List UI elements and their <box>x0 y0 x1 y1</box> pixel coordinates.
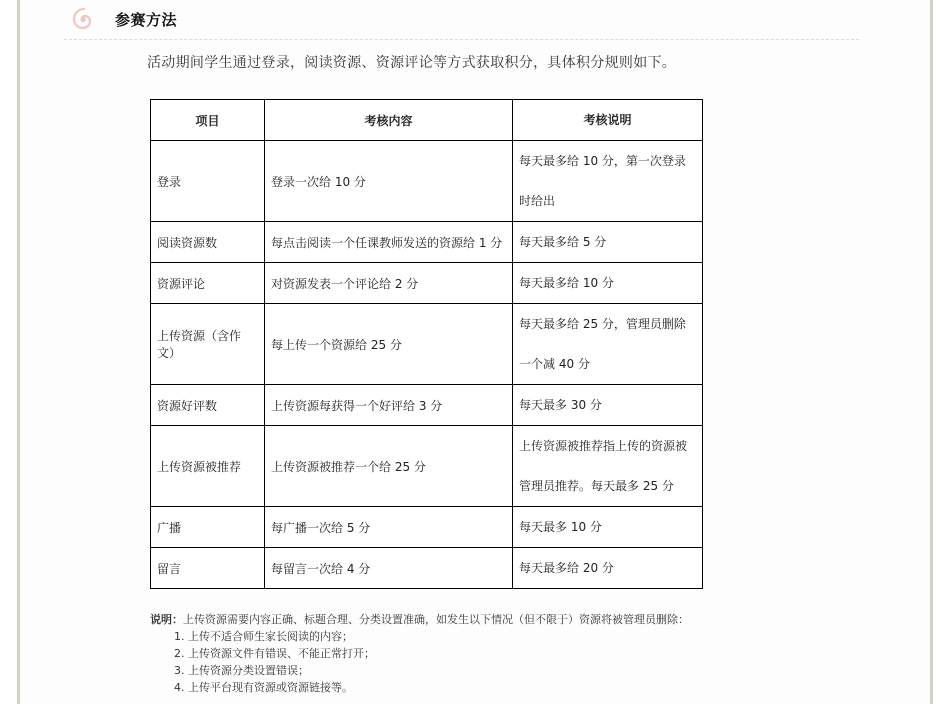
list-item: 上传资源文件有错误、不能正常打开； <box>188 645 689 662</box>
table-header-row: 项目 考核内容 考核说明 <box>151 100 703 141</box>
spiral-icon <box>70 6 96 32</box>
notes-intro: 说明：上传资源需要内容正确、标题合理、分类设置准确，如发生以下情况（但不限于）资… <box>150 611 689 628</box>
table-row: 资源好评数 上传资源每获得一个好评给 3 分 每天最多 30 分 <box>151 385 703 426</box>
item-cell: 上传资源（含作文） <box>151 304 265 385</box>
content-cell: 每点击阅读一个任课教师发送的资源给 1 分 <box>265 222 513 263</box>
table-row: 阅读资源数 每点击阅读一个任课教师发送的资源给 1 分 每天最多给 5 分 <box>151 222 703 263</box>
table-row: 上传资源被推荐 上传资源被推荐一个给 25 分 上传资源被推荐指上传的资源被管理… <box>151 426 703 507</box>
table-row: 广播 每广播一次给 5 分 每天最多 10 分 <box>151 507 703 548</box>
intro-text: 活动期间学生通过登录，阅读资源、资源评论等方式获取积分，具体积分规则如下。 <box>147 52 676 72</box>
list-item: 上传不适合师生家长阅读的内容； <box>188 628 689 645</box>
note-cell: 每天最多 30 分 <box>513 385 703 426</box>
item-cell: 资源评论 <box>151 263 265 304</box>
content-cell: 每广播一次给 5 分 <box>265 507 513 548</box>
column-header: 项目 <box>151 100 265 141</box>
note-cell: 上传资源被推荐指上传的资源被管理员推荐。每天最多 25 分 <box>513 426 703 507</box>
section-header: 参赛方法 <box>70 4 177 34</box>
table-row: 上传资源（含作文） 每上传一个资源给 25 分 每天最多给 25 分，管理员删除… <box>151 304 703 385</box>
content-cell: 每上传一个资源给 25 分 <box>265 304 513 385</box>
note-cell: 每天最多 10 分 <box>513 507 703 548</box>
note-cell: 每天最多给 5 分 <box>513 222 703 263</box>
content-cell: 对资源发表一个评论给 2 分 <box>265 263 513 304</box>
note-cell: 每天最多给 10 分，第一次登录时给出 <box>513 141 703 222</box>
item-cell: 资源好评数 <box>151 385 265 426</box>
note-cell: 每天最多给 20 分 <box>513 548 703 589</box>
item-cell: 阅读资源数 <box>151 222 265 263</box>
notes-label: 说明： <box>150 613 183 626</box>
note-cell: 每天最多给 10 分 <box>513 263 703 304</box>
list-item: 上传资源分类设置错误； <box>188 662 689 679</box>
item-cell: 上传资源被推荐 <box>151 426 265 507</box>
note-cell: 每天最多给 25 分，管理员删除一个减 40 分 <box>513 304 703 385</box>
content-cell: 上传资源每获得一个好评给 3 分 <box>265 385 513 426</box>
table-row: 资源评论 对资源发表一个评论给 2 分 每天最多给 10 分 <box>151 263 703 304</box>
item-cell: 留言 <box>151 548 265 589</box>
table-row: 留言 每留言一次给 4 分 每天最多给 20 分 <box>151 548 703 589</box>
item-cell: 登录 <box>151 141 265 222</box>
item-cell: 广播 <box>151 507 265 548</box>
divider <box>64 39 859 40</box>
table-row: 登录 登录一次给 10 分 每天最多给 10 分，第一次登录时给出 <box>151 141 703 222</box>
notes-text: 上传资源需要内容正确、标题合理、分类设置准确，如发生以下情况（但不限于）资源将被… <box>183 613 689 626</box>
column-header: 考核说明 <box>513 100 703 141</box>
section-title: 参赛方法 <box>115 9 177 30</box>
content-cell: 登录一次给 10 分 <box>265 141 513 222</box>
notes-list: 上传不适合师生家长阅读的内容； 上传资源文件有错误、不能正常打开； 上传资源分类… <box>150 628 689 696</box>
content-panel: 参赛方法 活动期间学生通过登录，阅读资源、资源评论等方式获取积分，具体积分规则如… <box>17 0 933 704</box>
list-item: 上传平台现有资源或资源链接等。 <box>188 679 689 696</box>
column-header: 考核内容 <box>265 100 513 141</box>
notes-block: 说明：上传资源需要内容正确、标题合理、分类设置准确，如发生以下情况（但不限于）资… <box>150 611 689 696</box>
content-cell: 上传资源被推荐一个给 25 分 <box>265 426 513 507</box>
scoring-rules-table: 项目 考核内容 考核说明 登录 登录一次给 10 分 每天最多给 10 分，第一… <box>150 99 703 589</box>
content-cell: 每留言一次给 4 分 <box>265 548 513 589</box>
